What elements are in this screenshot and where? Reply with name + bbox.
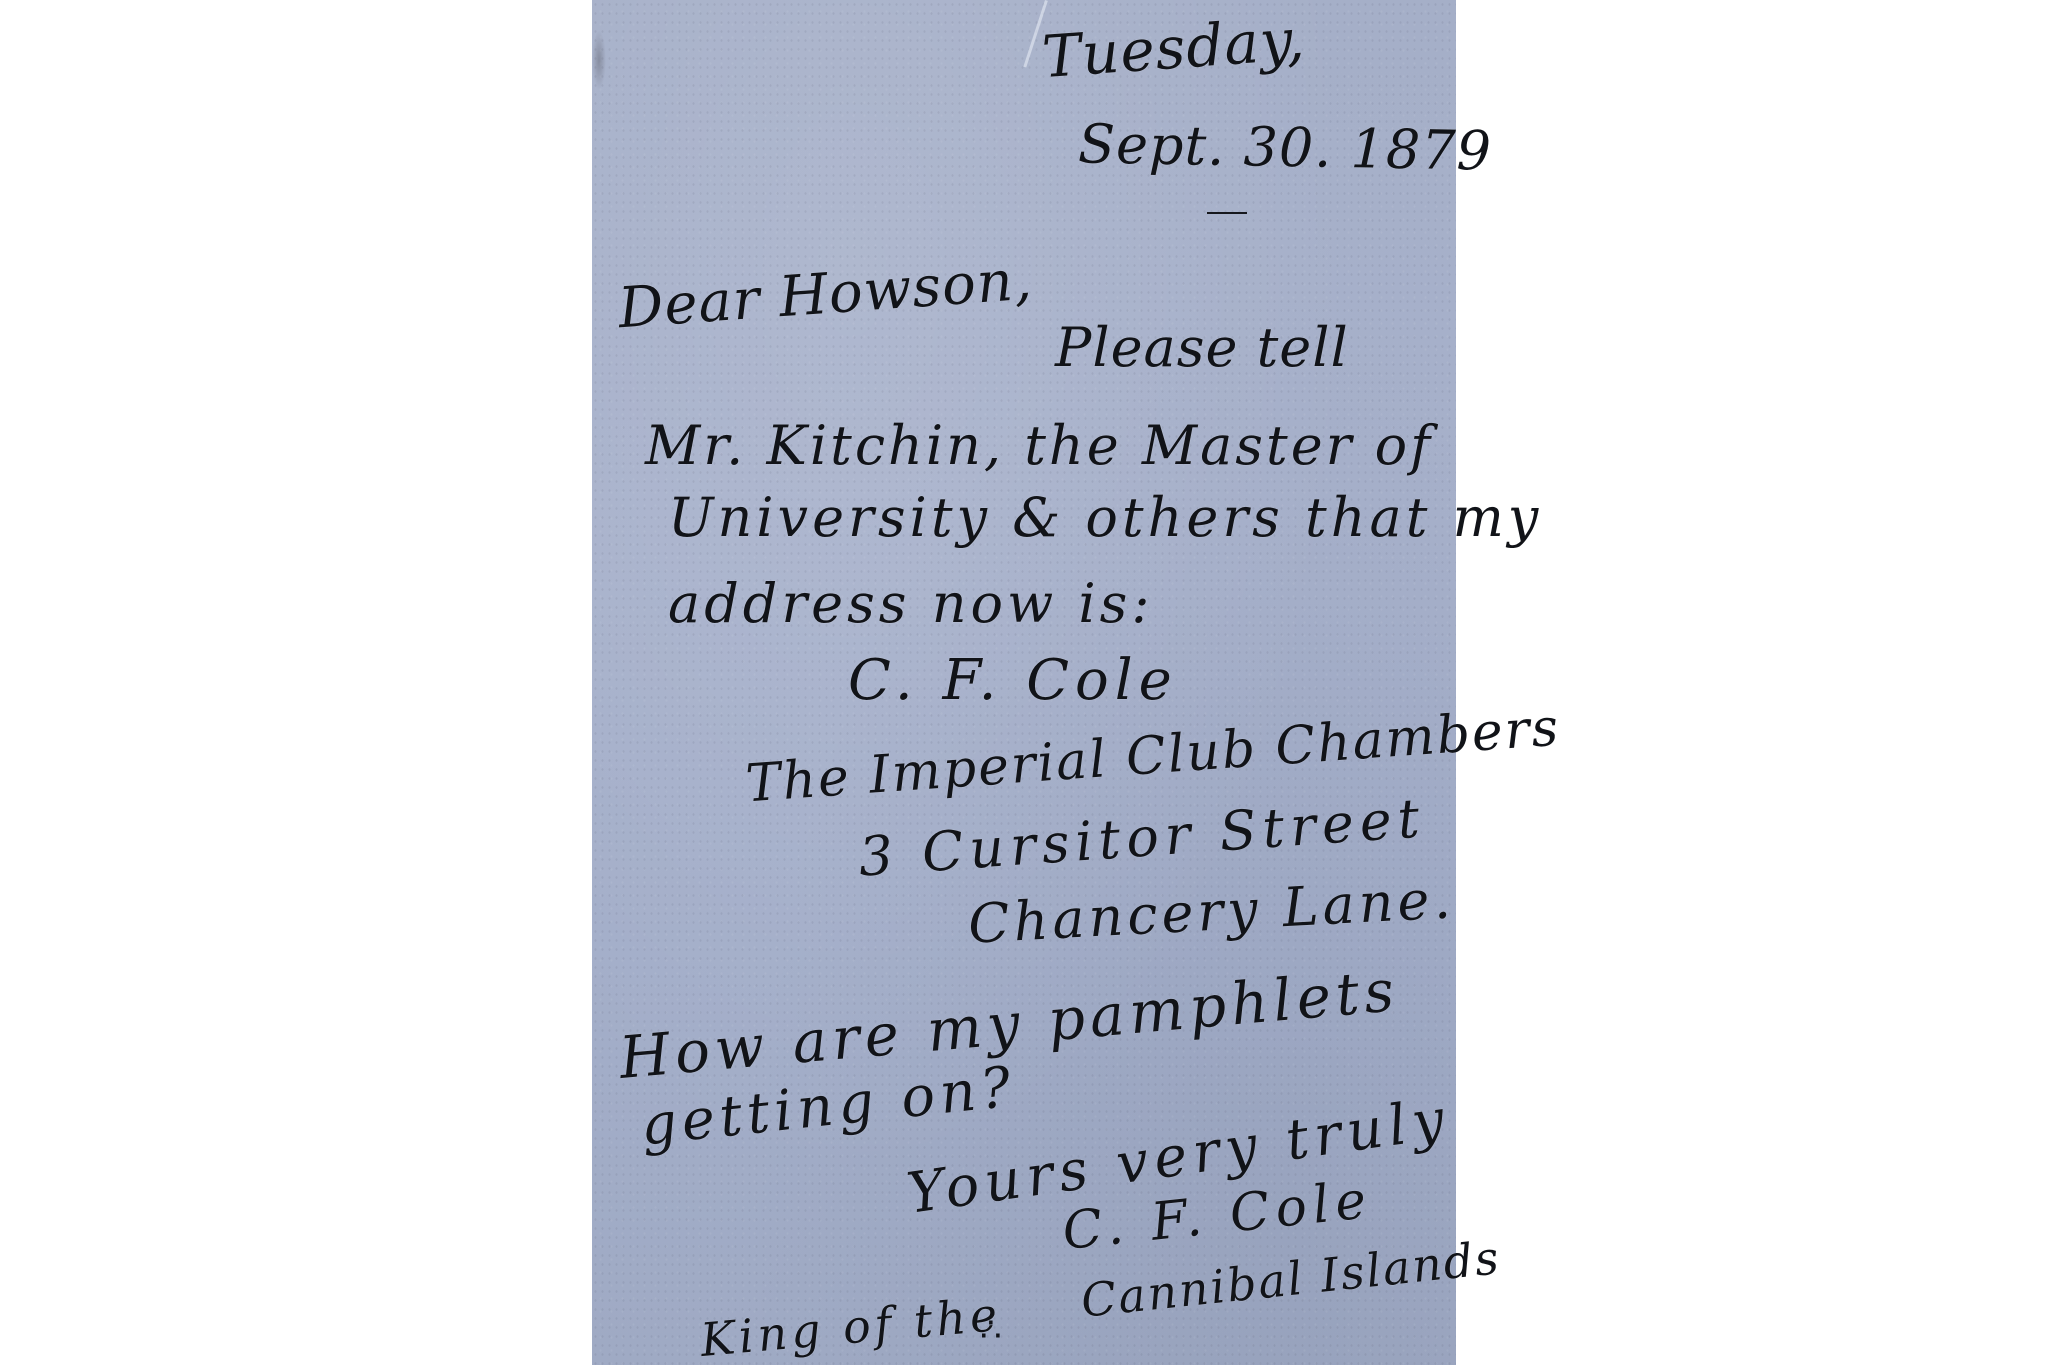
- letter-date: Sept. 30. 1879: [1077, 112, 1492, 182]
- body-line-2: Mr. Kitchin, the Master of: [645, 414, 1433, 477]
- body-line-3: University & others that my: [668, 486, 1542, 549]
- body-line-1: Please tell: [1055, 316, 1349, 379]
- header-separator: [1207, 212, 1247, 214]
- paper-edge-shadow: [592, 30, 606, 90]
- page-background: Tuesday, Sept. 30. 1879 Dear Howson, Ple…: [0, 0, 2048, 1365]
- signature-flourish: ∴: [980, 1310, 1002, 1350]
- address-name: C. F. Cole: [848, 648, 1178, 713]
- body-line-4: address now is:: [668, 572, 1154, 635]
